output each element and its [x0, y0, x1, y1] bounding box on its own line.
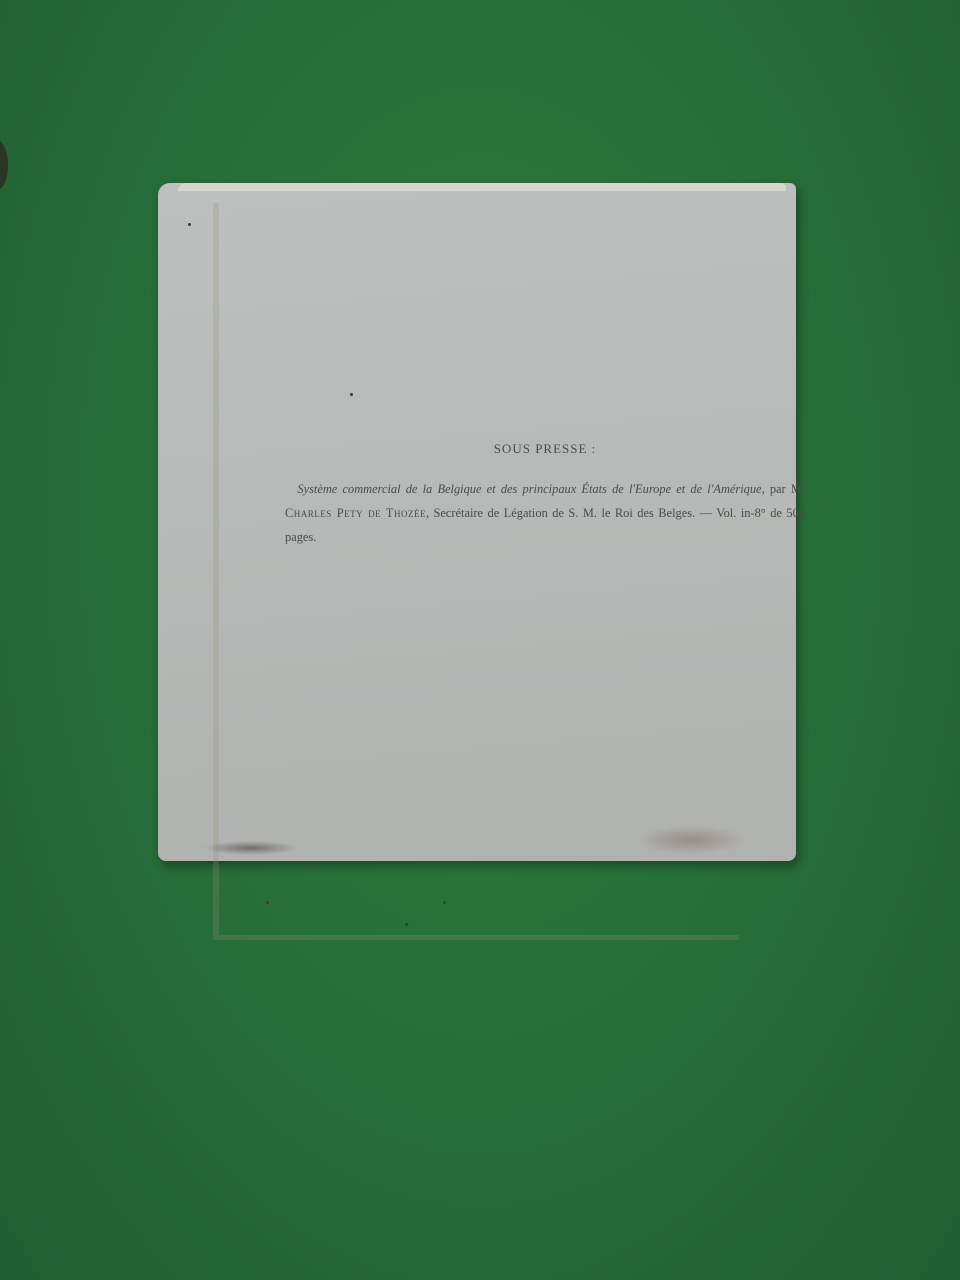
- speck: [405, 923, 408, 926]
- speck: [350, 393, 353, 396]
- mold-stain-right: [636, 825, 746, 855]
- speck: [188, 223, 191, 226]
- speck: [266, 901, 269, 904]
- booklet-back-cover: SOUS PRESSE : Système commercial de la B…: [158, 183, 796, 861]
- stray-object-edge: [0, 140, 8, 190]
- heading-sous-presse: SOUS PRESSE :: [285, 441, 805, 457]
- by-text: , par M.: [762, 482, 805, 496]
- mold-stain-left: [203, 841, 298, 855]
- announcement-text: SOUS PRESSE : Système commercial de la B…: [285, 441, 805, 549]
- speck: [443, 901, 446, 904]
- page-edge-top: [178, 183, 786, 191]
- book-title: Système commercial de la Belgique et des…: [297, 482, 761, 496]
- announcement-paragraph: Système commercial de la Belgique et des…: [285, 477, 805, 549]
- author-name: Charles Pety de Thozée: [285, 506, 426, 520]
